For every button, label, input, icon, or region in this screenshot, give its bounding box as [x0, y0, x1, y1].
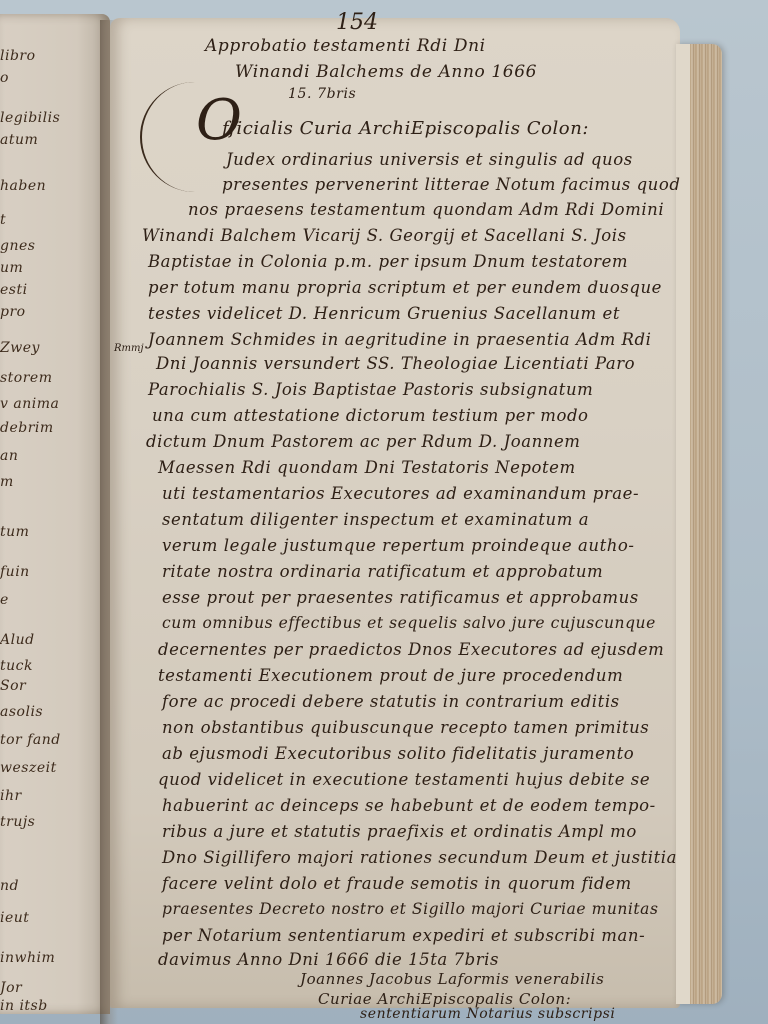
left-fragment: esti	[0, 282, 28, 298]
left-fragment: storem	[0, 370, 53, 386]
left-fragment: tum	[0, 524, 29, 540]
signature-line-1: Joannes Jacobus Laformis venerabilis	[300, 970, 604, 988]
left-fragment: ieut	[0, 910, 29, 926]
body-line: facere velint dolo et fraude semotis in …	[162, 874, 632, 893]
left-fragment: tor fand	[0, 732, 61, 748]
manuscript-photo: libro o legibilis atum haben t gnes um e…	[0, 0, 768, 1024]
body-line: Joannem Schmides in aegritudine in praes…	[148, 330, 651, 349]
left-fragment: m	[0, 474, 14, 490]
body-line: testamenti Executionem prout de jure pro…	[158, 666, 623, 685]
left-fragment: Sor	[0, 678, 26, 694]
body-line: fore ac procedi debere statutis in contr…	[162, 692, 620, 711]
body-line: davimus Anno Dni 1666 die 15ta 7bris	[158, 950, 499, 969]
left-fragment: pro	[0, 304, 26, 320]
body-line: ab ejusmodi Executoribus solito fidelita…	[162, 744, 634, 763]
left-fragment: libro	[0, 48, 36, 64]
body-line: dictum Dnum Pastorem ac per Rdum D. Joan…	[146, 432, 581, 451]
left-fragment: gnes	[0, 238, 35, 254]
body-line: nos praesens testamentum quondam Adm Rdi…	[188, 200, 664, 219]
body-line: praesentes Decreto nostro et Sigillo maj…	[162, 900, 658, 918]
body-line: testes videlicet D. Henricum Gruenius Sa…	[148, 304, 620, 323]
body-line: Dni Joannis versundert SS. Theologiae Li…	[156, 354, 635, 373]
body-line: Baptistae in Colonia p.m. per ipsum Dnum…	[148, 252, 628, 271]
left-fragment: ihr	[0, 788, 22, 804]
left-fragment: legibilis	[0, 110, 60, 126]
left-facing-page: libro o legibilis atum haben t gnes um e…	[0, 14, 110, 1014]
body-line: non obstantibus quibuscunque recepto tam…	[162, 718, 649, 737]
body-line: per totum manu propria scriptum et per e…	[148, 278, 662, 297]
left-fragment: trujs	[0, 814, 35, 830]
body-line: Winandi Balchem Vicarij S. Georgij et Sa…	[142, 226, 627, 245]
body-line: Dno Sigillifero majori rationes secundum…	[162, 848, 677, 867]
body-line: ritate nostra ordinaria ratificatum et a…	[162, 562, 603, 581]
heading-line-2: Winandi Balchems de Anno 1666	[235, 62, 537, 82]
body-line: verum legale justumque repertum proindeq…	[162, 536, 635, 555]
body-line: cum omnibus effectibus et sequelis salvo…	[162, 614, 656, 632]
left-fragment: e	[0, 592, 9, 608]
left-fragment: Alud	[0, 632, 35, 648]
body-line: Parochialis S. Jois Baptistae Pastoris s…	[148, 380, 593, 399]
body-line: quod videlicet in executione testamenti …	[158, 770, 650, 789]
left-fragment: inwhim	[0, 950, 55, 966]
body-line: decernentes per praedictos Dnos Executor…	[158, 640, 664, 659]
body-line: uti testamentarios Executores ad examina…	[162, 484, 639, 503]
body-line: Maessen Rdi quondam Dni Testatoris Nepot…	[158, 458, 576, 477]
left-fragment: debrim	[0, 420, 54, 436]
left-fragment: t	[0, 212, 6, 228]
heading-date: 15. 7bris	[288, 86, 356, 102]
body-line: per Notarium sententiarum expediri et su…	[162, 926, 645, 945]
left-fragment: asolis	[0, 704, 43, 720]
body-line: Judex ordinarius universis et singulis a…	[226, 150, 633, 169]
folio-number: 154	[336, 10, 378, 35]
left-fragment: haben	[0, 178, 46, 194]
left-fragment: an	[0, 448, 18, 464]
left-fragment: um	[0, 260, 23, 276]
left-fragment: weszeit	[0, 760, 57, 776]
left-fragment: Jor	[0, 980, 22, 996]
body-line: presentes pervenerint litterae Notum fac…	[222, 175, 680, 194]
body-line: fficialis Curia ArchiEpiscopalis Colon:	[222, 118, 589, 139]
body-line: una cum attestatione dictorum testium pe…	[152, 406, 589, 425]
left-fragment: atum	[0, 132, 38, 148]
left-fragment: fuin	[0, 564, 30, 580]
body-line: habuerint ac deinceps se habebunt et de …	[162, 796, 656, 815]
body-line: esse prout per praesentes ratificamus et…	[162, 588, 639, 607]
left-fragment: tuck	[0, 658, 33, 674]
body-line: ribus a jure et statutis praefixis et or…	[162, 822, 637, 841]
body-line: sentatum diligenter inspectum et examina…	[162, 510, 589, 529]
left-fragment: v anima	[0, 396, 59, 412]
left-fragment: in itsb	[0, 998, 48, 1014]
left-fragment: o	[0, 70, 9, 86]
signature-line-3: sententiarum Notarius subscripsi	[360, 1006, 615, 1022]
left-fragment: nd	[0, 878, 19, 894]
left-fragment: Zwey	[0, 340, 40, 356]
margin-note: Rmmj	[114, 343, 144, 354]
heading-line-1: Approbatio testamenti Rdi Dni	[205, 36, 486, 56]
